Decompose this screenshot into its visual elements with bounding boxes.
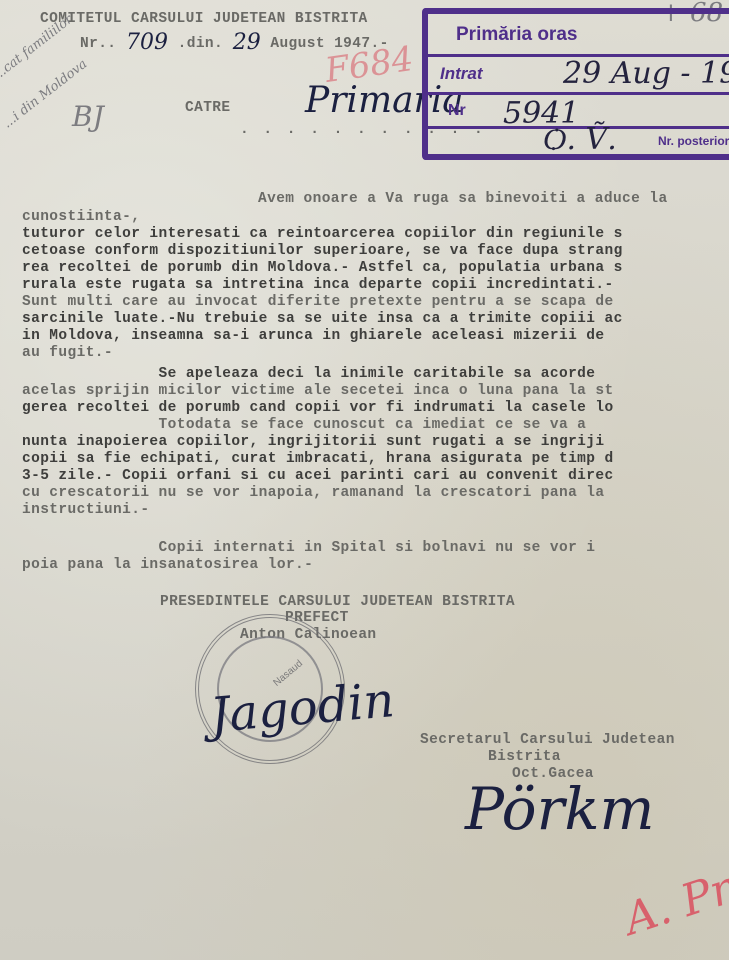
body-line: Sunt multi care au invocat diferite pret… xyxy=(22,294,623,311)
margin-initials: BJ xyxy=(72,100,104,133)
body-line: gerea recoltei de porumb cand copii vor … xyxy=(22,400,614,417)
body-line: 3-5 zile.- Copii orfani si cu acei parin… xyxy=(22,468,614,485)
president-title: PRESEDINTELE CARSULUI JUDETEAN BISTRITA xyxy=(160,594,515,611)
body-line: tuturor celor interesati ca reintoarcere… xyxy=(22,226,623,243)
header-committee-name: COMITETUL CARSULUI JUDETEAN BISTRITA xyxy=(40,11,368,28)
header-nr-handwritten: 709 xyxy=(126,30,168,55)
secretary-city: Bistrita xyxy=(488,749,561,766)
stamp-nr-posterior: Nr. posterior xyxy=(658,134,729,148)
header-nr-prefix: Nr.. xyxy=(80,36,116,52)
body-paragraph-2: Se apeleaza deci la inimile caritabile s… xyxy=(22,366,614,519)
body-line: au fugit.- xyxy=(22,345,623,362)
body-line: cunostiinta-, xyxy=(22,209,623,226)
stamp-nr-label: Nr xyxy=(448,102,466,120)
body-line: cetoase conform dispozitiunilor superioa… xyxy=(22,243,623,260)
secretary-title: Secretarul Carsului Judetean xyxy=(420,732,675,749)
body-line: acelas sprijin micilor victime ale secet… xyxy=(22,383,614,400)
body-line: Se apeleaza deci la inimile caritabile s… xyxy=(22,366,614,383)
body-line: rea recoltei de porumb din Moldova.- Ast… xyxy=(22,260,623,277)
body-line: copii sa fie echipati, curat imbracati, … xyxy=(22,451,614,468)
body-line: instructiuni.- xyxy=(22,502,614,519)
stamp-title: Primăria oras xyxy=(456,24,577,46)
body-line: Copii internati in Spital si bolnavi nu … xyxy=(22,540,595,557)
body-line: nunta inapoierea copiilor, ingrijitorii … xyxy=(22,434,614,451)
body-paragraph-1: cunostiinta-, tuturor celor interesati c… xyxy=(22,209,623,362)
secretary-signature: Pörkm xyxy=(465,775,654,843)
body-line: cu crescatorii nu se vor inapoia, ramana… xyxy=(22,485,614,502)
catre-label: CATRE xyxy=(185,100,231,117)
stamp-intrat-label: Intrat xyxy=(440,64,483,84)
body-line: sarcinile luate.-Nu trebuie sa se uite i… xyxy=(22,311,623,328)
header-din: .din. xyxy=(178,36,224,52)
header-day-handwritten: 29 xyxy=(233,30,261,55)
body-line: rurala este rugata sa intretina inca dep… xyxy=(22,277,623,294)
body-line: poia pana la insanatosirea lor.- xyxy=(22,557,595,574)
body-line: Totodata se face cunoscut ca imediat ce … xyxy=(22,417,614,434)
stamp-intrat-date: 29 Aug - 1947 xyxy=(563,56,729,91)
registry-stamp: Primăria oras Intrat 29 Aug - 1947 Nr 59… xyxy=(422,8,729,160)
stamp-clerk-signature: Ѻ. Ṽ. xyxy=(543,122,617,157)
salutation: Avem onoare a Va ruga sa binevoiti a adu… xyxy=(258,191,668,208)
body-line: in Moldova, inseamna sa-i arunca in ghia… xyxy=(22,328,623,345)
body-paragraph-3: Copii internati in Spital si bolnavi nu … xyxy=(22,540,595,574)
